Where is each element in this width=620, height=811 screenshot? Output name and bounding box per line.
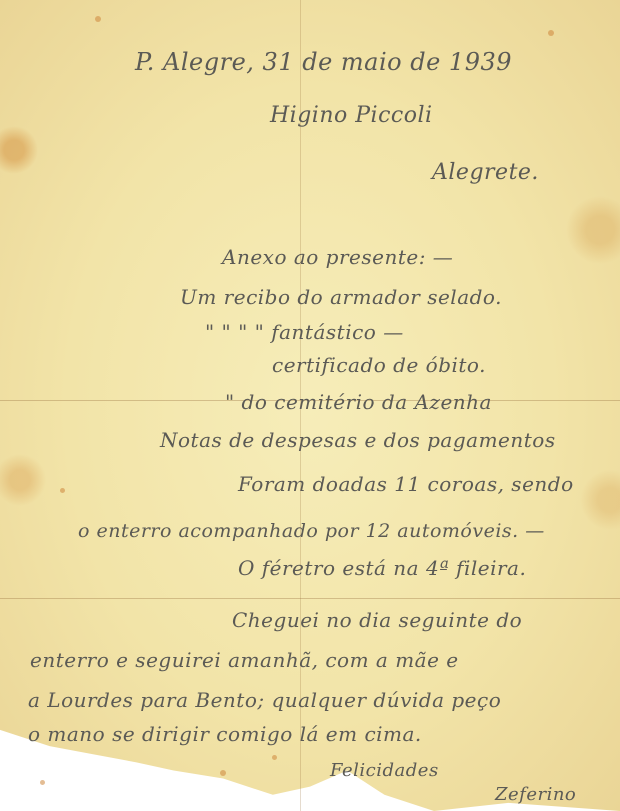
letter-body-line: a Lourdes para Bento; qualquer dúvida pe… bbox=[28, 688, 501, 712]
letter-recipient-name: Higino Piccoli bbox=[270, 103, 433, 128]
letter-body-line: Anexo ao presente: — bbox=[222, 245, 453, 269]
letter-closing: Felicidades bbox=[330, 760, 439, 781]
letter-body-line: Um recibo do armador selado. bbox=[180, 285, 502, 309]
letter-body-line: Notas de despesas e dos pagamentos bbox=[160, 428, 556, 452]
letter-signature: Zeferino bbox=[495, 784, 576, 805]
paper-fold-horizontal bbox=[0, 598, 620, 599]
stain-spot bbox=[272, 755, 277, 760]
stain-spot bbox=[220, 770, 226, 776]
letter-body-line: Cheguei no dia seguinte do bbox=[232, 608, 522, 632]
letter-body-line: O féretro está na 4ª fileira. bbox=[238, 556, 526, 580]
letter-body-line: o mano se dirigir comigo lá em cima. bbox=[28, 722, 422, 746]
letter-place-date: P. Alegre, 31 de maio de 1939 bbox=[135, 48, 512, 76]
stain-spot bbox=[40, 780, 45, 785]
letter-body-line: certificado de óbito. bbox=[272, 353, 486, 377]
letter-body-line: " " " " fantástico — bbox=[205, 320, 404, 344]
letter-body-line: " do cemitério da Azenha bbox=[225, 390, 492, 414]
letter-body-line: o enterro acompanhado por 12 automóveis.… bbox=[78, 520, 545, 542]
letter-body-line: Foram doadas 11 coroas, sendo bbox=[238, 472, 574, 496]
stain-spot bbox=[95, 16, 101, 22]
stain-spot bbox=[548, 30, 554, 36]
letter-body-line: enterro e seguirei amanhã, com a mãe e bbox=[30, 648, 459, 672]
letter-recipient-city: Alegrete. bbox=[432, 160, 539, 185]
stain-spot bbox=[60, 488, 65, 493]
